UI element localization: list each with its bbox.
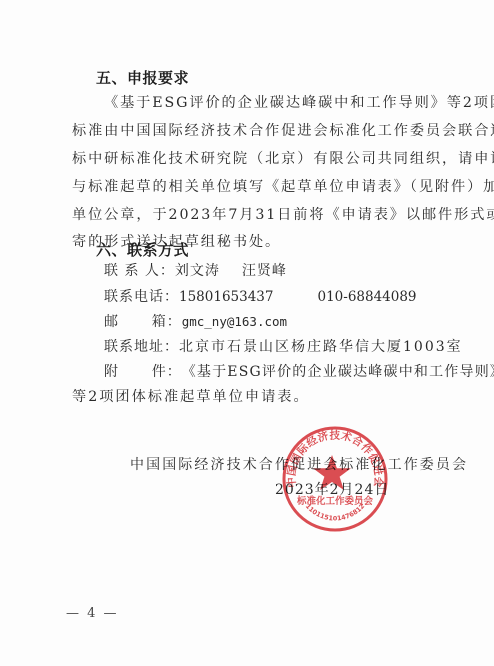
contact-person-label: 联 系 人： (104, 262, 175, 280)
section-5-line-3: 标中研标准化技术研究院（北京）有限公司共同组织，请申请参 (72, 150, 432, 168)
address-value: 北京市石景山区杨庄路华信大厦1003室 (179, 339, 463, 355)
phone-row: 联系电话：15801653437010-68844089 (104, 288, 417, 306)
email-label: 邮 箱： (104, 313, 182, 331)
address-label: 联系地址： (104, 338, 179, 356)
section-6-heading: 六、联系方式 (96, 241, 189, 259)
phone-2: 010-68844089 (317, 289, 416, 305)
official-seal-stamp: 中国国际经济技术合作促进会 标准化工作委员会 110115101476812 (281, 425, 389, 533)
attachment-line-2: 等2项团体标准起草单位申请表。 (72, 388, 432, 406)
section-5-line-4: 与标准起草的相关单位填写《起草单位申请表》（见附件）加盖 (72, 178, 432, 196)
section-5-line-2: 标准由中国国际经济技术合作促进会标准化工作委员会联合通 (72, 122, 432, 140)
phone-label: 联系电话： (104, 288, 179, 306)
contact-person-2: 汪贤峰 (242, 263, 287, 279)
address-row: 联系地址：北京市石景山区杨庄路华信大厦1003室 (104, 338, 463, 356)
attachment-title: 《基于ESG评价的企业碳达峰碳中和工作导则》 (182, 364, 494, 380)
email-address: gmc_ny@163.com (182, 314, 287, 329)
page-number: — 4 — (66, 606, 119, 621)
document-page: 五、申报要求 《基于ESG评价的企业碳达峰碳中和工作导则》等2项团体 标准由中国… (0, 0, 494, 666)
phone-1: 15801653437 (179, 289, 273, 305)
attachment-label: 附 件： (104, 363, 182, 381)
attachment-row: 附 件：《基于ESG评价的企业碳达峰碳中和工作导则》 (104, 363, 494, 381)
contact-person-row: 联 系 人：刘文涛汪贤峰 (104, 262, 287, 280)
section-5-line-1: 《基于ESG评价的企业碳达峰碳中和工作导则》等2项团体 (104, 94, 434, 112)
seal-star-icon (313, 455, 351, 490)
email-row: 邮 箱：gmc_ny@163.com (104, 313, 287, 331)
section-5-line-5: 单位公章，于2023年7月31日前将《申请表》以邮件形式或邮 (72, 206, 432, 224)
contact-person-1: 刘文涛 (175, 263, 220, 279)
section-5-heading: 五、申报要求 (96, 69, 189, 87)
